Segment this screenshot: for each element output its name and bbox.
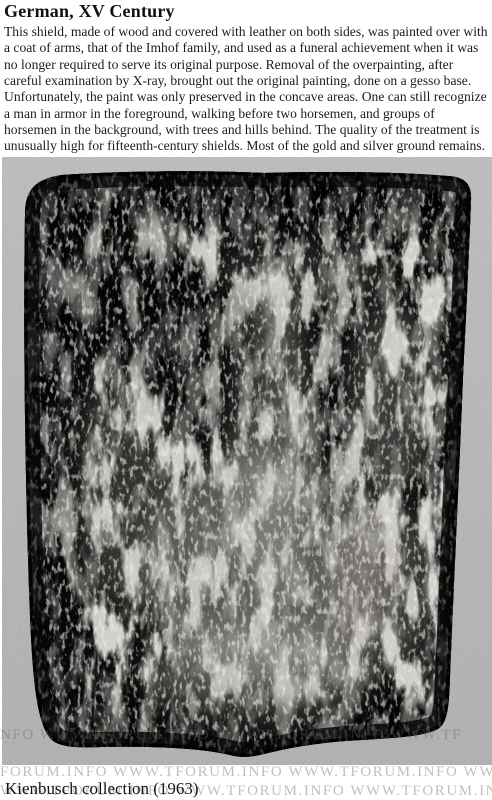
shield-artwork-image [2, 157, 492, 765]
shield-shape [2, 157, 492, 765]
watermark-row-over-photo: NFO WWW.TFORUM.INFO WWW.TFORUM.INFO WWW.… [0, 728, 492, 743]
page-title: German, XV Century [4, 1, 175, 22]
shield-photograph [2, 157, 492, 765]
watermark-row-middle: FORUM.INFO WWW.TFORUM.INFO WWW.TFORUM.IN… [0, 765, 492, 780]
photo-caption: Kienbusch collection (1963) [5, 779, 199, 799]
